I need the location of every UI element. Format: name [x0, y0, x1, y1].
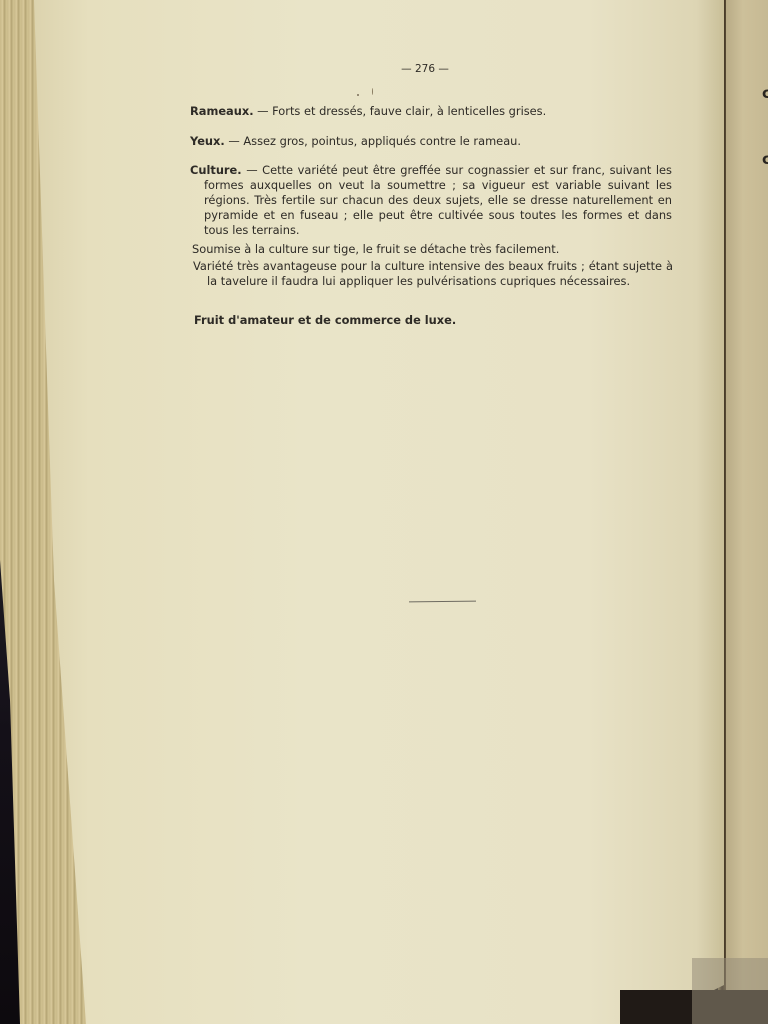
- book-photo: c c — 276 — Rameaux. — Forts et dressés,…: [0, 0, 768, 1024]
- book-page: [34, 0, 724, 1024]
- section-text: — Assez gros, pointus, appliqués contre …: [225, 134, 521, 148]
- section-text: — Forts et dressés, fauve clair, à lenti…: [254, 104, 547, 118]
- section-rameaux: Rameaux. — Forts et dressés, fauve clair…: [190, 104, 672, 119]
- section-label: Yeux.: [190, 134, 225, 148]
- section-text: — Cette variété peut être greffée sur co…: [204, 163, 672, 237]
- adjacent-page-glyph: c: [762, 150, 768, 168]
- paragraph-tavelure: Variété très avantageuse pour la culture…: [193, 259, 673, 289]
- adjacent-page-glyph: c: [762, 84, 768, 102]
- paper-speck: [372, 88, 373, 95]
- page-number: — 276 —: [380, 63, 470, 75]
- section-label: Culture.: [190, 163, 242, 177]
- conclusion-line: Fruit d'amateur et de commerce de luxe.: [194, 313, 676, 328]
- photo-corner-artifact: [692, 958, 768, 1024]
- paragraph-tige: Soumise à la culture sur tige, le fruit …: [192, 242, 674, 257]
- section-label: Rameaux.: [190, 104, 254, 118]
- paper-speck: [357, 94, 359, 96]
- section-yeux: Yeux. — Assez gros, pointus, appliqués c…: [190, 134, 672, 149]
- section-culture: Culture. — Cette variété peut être greff…: [190, 163, 672, 238]
- adjacent-right-page: c c: [726, 0, 768, 1024]
